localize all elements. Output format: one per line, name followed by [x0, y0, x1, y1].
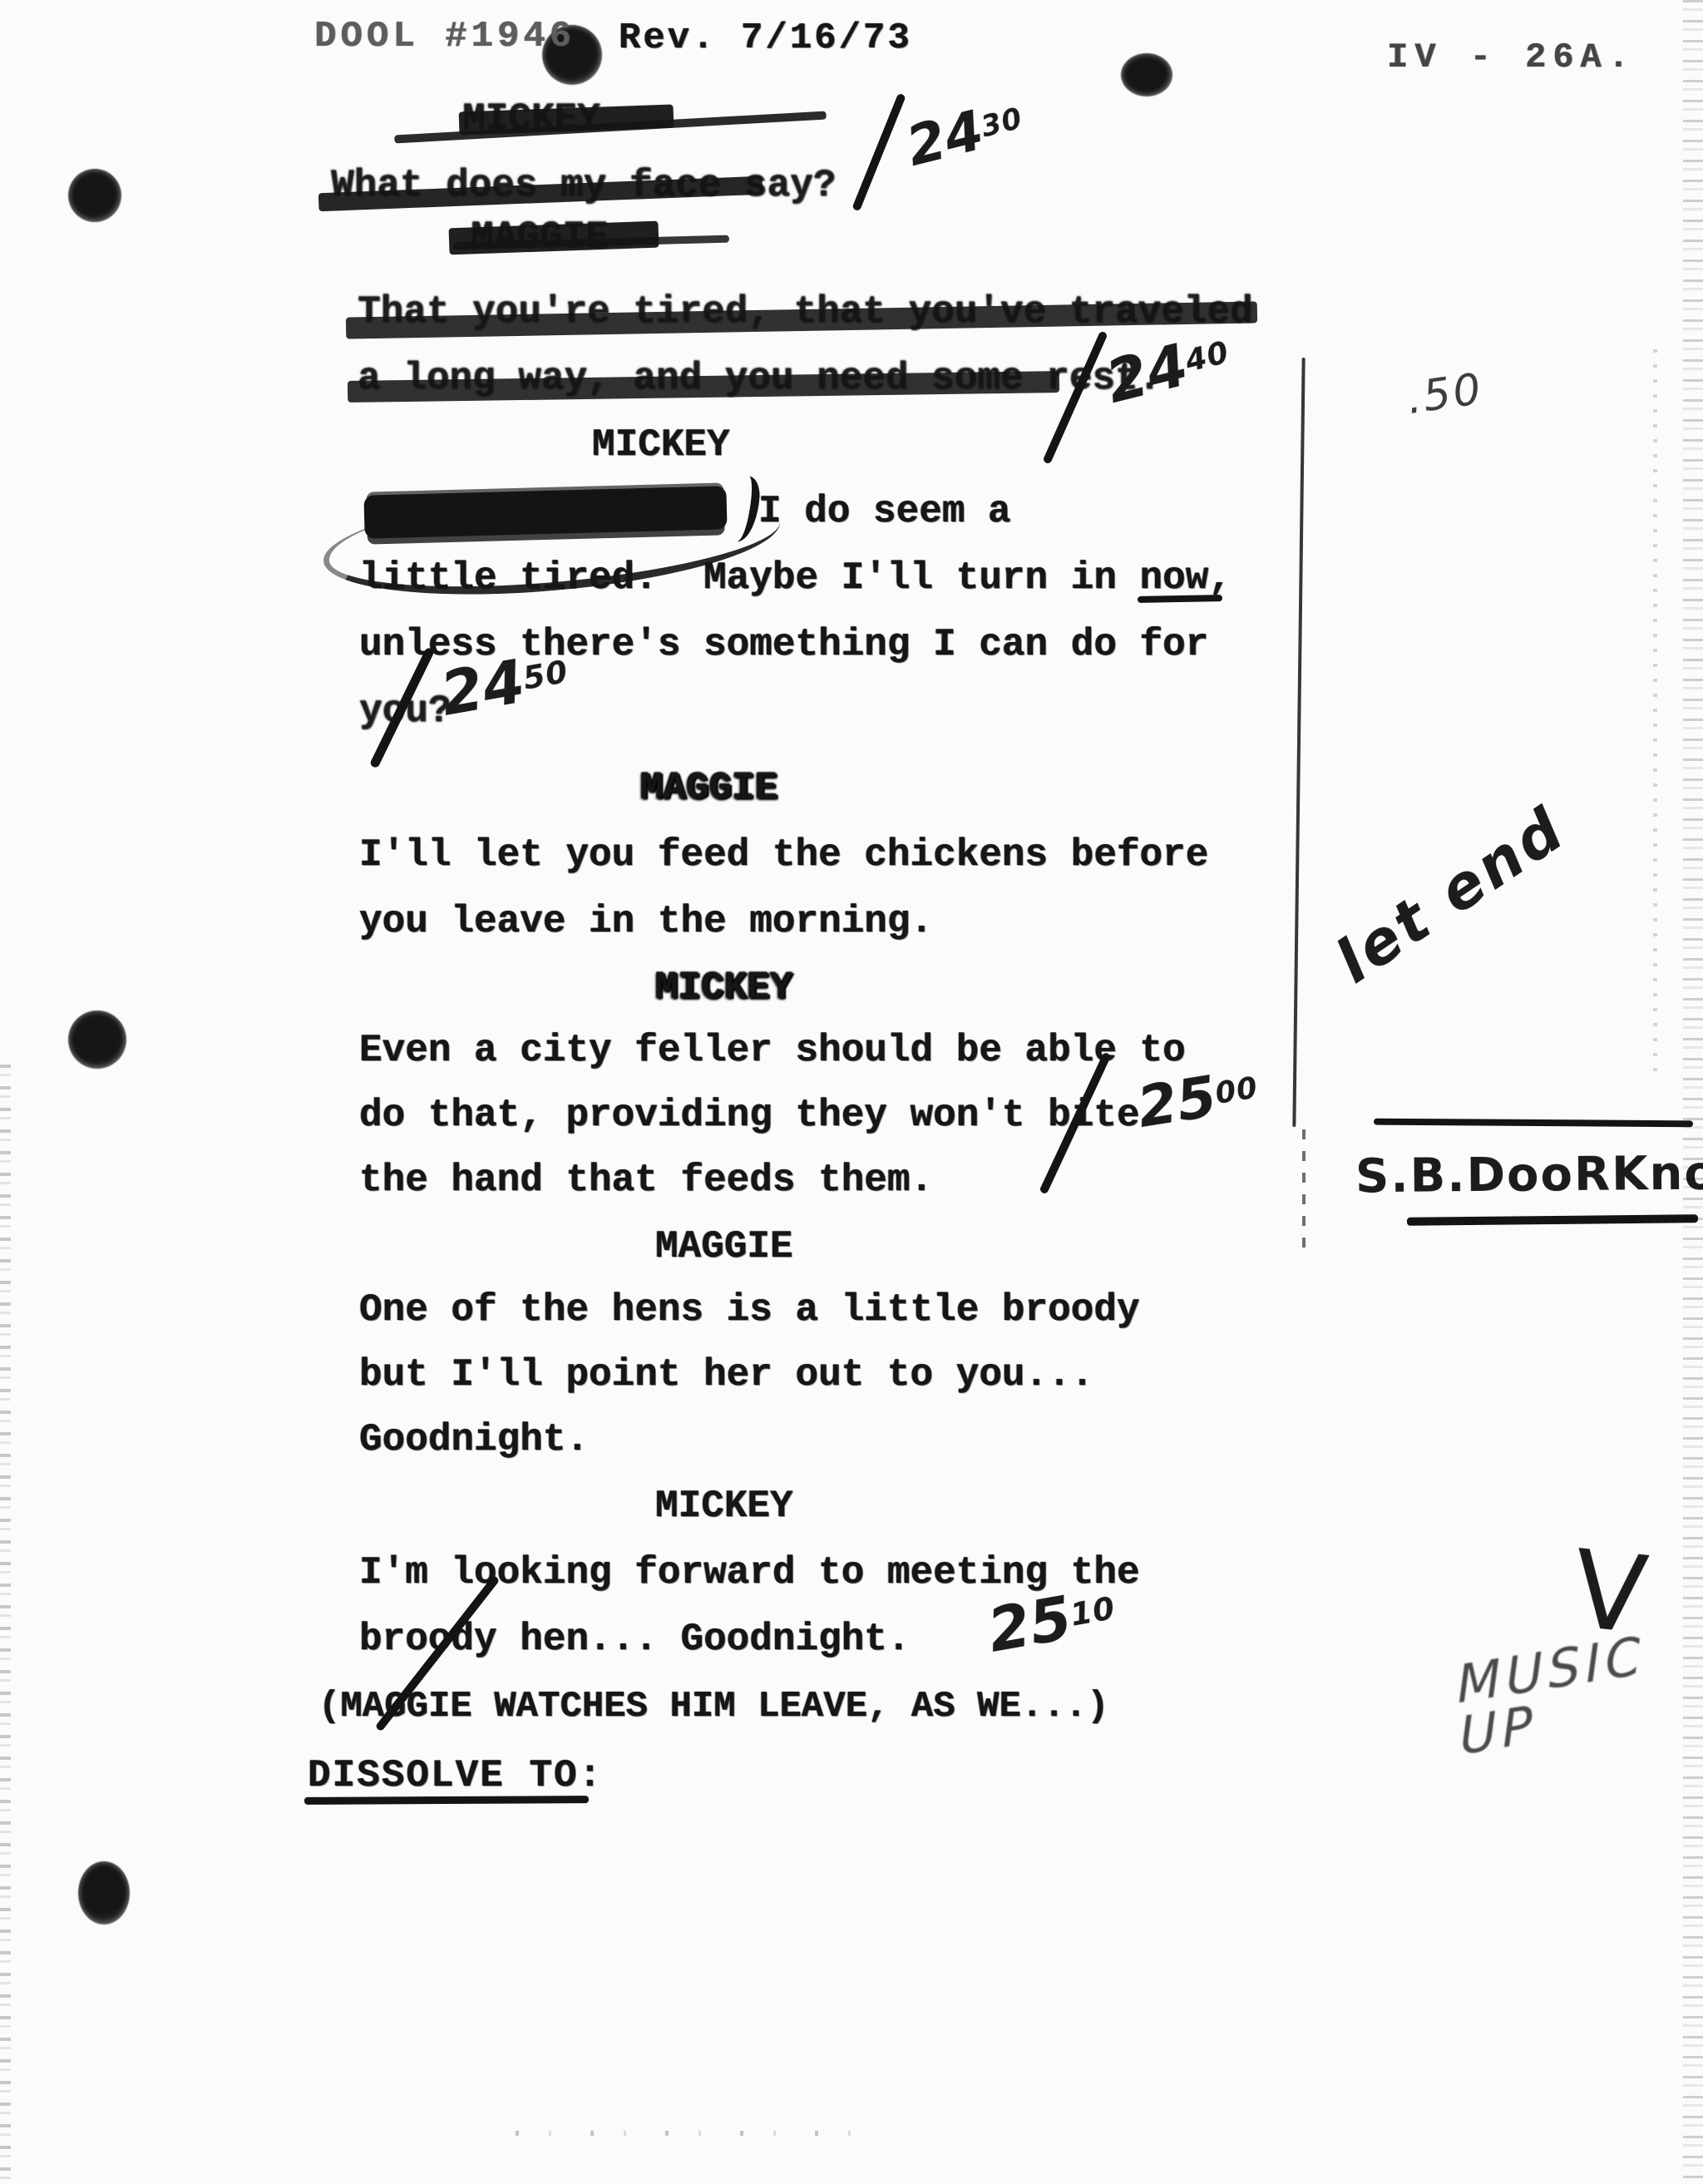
dialogue-line: Even a city feller should be able to: [359, 1031, 1186, 1070]
speaker-name: MICKEY: [655, 1487, 793, 1525]
speaker-name: MICKEY: [592, 426, 730, 464]
dialogue-line: I'll let you feed the chickens before: [359, 836, 1208, 874]
timing-main: 24: [436, 646, 530, 729]
timing-seconds: 50: [521, 653, 571, 697]
scan-noise-right-inner: [1653, 349, 1657, 1081]
punch-hole-mark: [68, 169, 121, 222]
revision-date: Rev. 7/16/73: [619, 20, 912, 57]
dialogue-line: do that, providing they won't bite: [359, 1096, 1140, 1134]
punch-hole-mark: [68, 1010, 126, 1069]
timing-seconds: 00: [1213, 1070, 1261, 1111]
script-page-scan: DOOL #1946 Rev. 7/16/73 IV - 26A. MICKEY…: [0, 0, 1703, 2184]
timing-note: 2500: [1134, 1062, 1263, 1137]
margin-dashed-line: [1302, 1129, 1306, 1254]
stage-direction: (MAGGIE WATCHES HIM LEAVE, AS WE...): [318, 1688, 1109, 1725]
music-up-note: MUSIC UP: [1456, 1621, 1703, 1763]
timing-main: 25: [1133, 1064, 1222, 1141]
margin-note-let-end: let end: [1326, 798, 1575, 993]
dialogue-line: but I'll point her out to you...: [359, 1356, 1093, 1394]
underline-mark: [304, 1796, 589, 1805]
annotation-underline: [1407, 1214, 1698, 1226]
timing-seconds: 10: [1068, 1589, 1118, 1633]
dialogue-line: you leave in the morning.: [359, 902, 933, 941]
timing-seconds: 40: [1182, 334, 1232, 379]
dialogue-line: little tired. Maybe I'll turn in now,: [359, 559, 1232, 597]
scan-noise-left-edge: [0, 1065, 11, 2184]
dialogue-line: the hand that feeds them.: [359, 1161, 933, 1199]
speaker-name: MICKEY: [655, 969, 793, 1007]
annotation-overline: [1374, 1119, 1693, 1128]
timing-seconds: 30: [978, 101, 1026, 144]
scan-specks-bottom: [516, 2131, 873, 2136]
timing-note: 2440: [1101, 325, 1237, 412]
margin-timing-note: .50: [1404, 368, 1486, 421]
page-number: IV - 26A.: [1387, 40, 1636, 75]
timing-main: 24: [1099, 331, 1194, 417]
speaker-name: MAGGIE: [655, 1228, 793, 1266]
scan-noise-right-edge: [1683, 0, 1703, 2184]
margin-vertical-line: [1292, 358, 1305, 1127]
dialogue-line: I'm looking forward to meeting the: [359, 1554, 1140, 1592]
document-number: DOOL #1946: [314, 18, 575, 55]
dialogue-line: I do seem a: [758, 492, 1011, 531]
punch-hole-mark: [78, 1861, 130, 1925]
dialogue-line: One of the hens is a little broody: [359, 1291, 1140, 1329]
timing-main: 25: [983, 1583, 1077, 1666]
punch-hole-mark: [1121, 53, 1172, 96]
slash-mark: [851, 93, 906, 212]
timing-main: 24: [901, 98, 990, 179]
speaker-name: MAGGIE: [640, 769, 778, 808]
sound-cue-note: S.B.DooRKnock: [1355, 1150, 1703, 1200]
transition-cue: DISSOLVE TO:: [308, 1757, 603, 1795]
timing-note: 2430: [901, 93, 1029, 175]
underline-mark: [1138, 595, 1222, 603]
dialogue-line: Goodnight.: [359, 1421, 589, 1459]
